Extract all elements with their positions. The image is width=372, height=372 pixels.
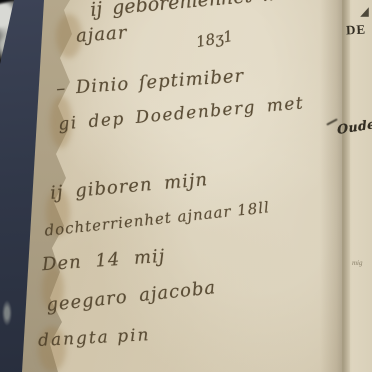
handwriting-line-2: ajaar xyxy=(75,22,128,47)
cover-scratch-mark xyxy=(2,300,12,326)
printed-margin-note: mig xyxy=(352,259,363,267)
printed-fragment-top: DE xyxy=(346,21,367,38)
manuscript-photo: DE Oude mig ij geborenienhet .. ajaar 18… xyxy=(0,0,372,372)
